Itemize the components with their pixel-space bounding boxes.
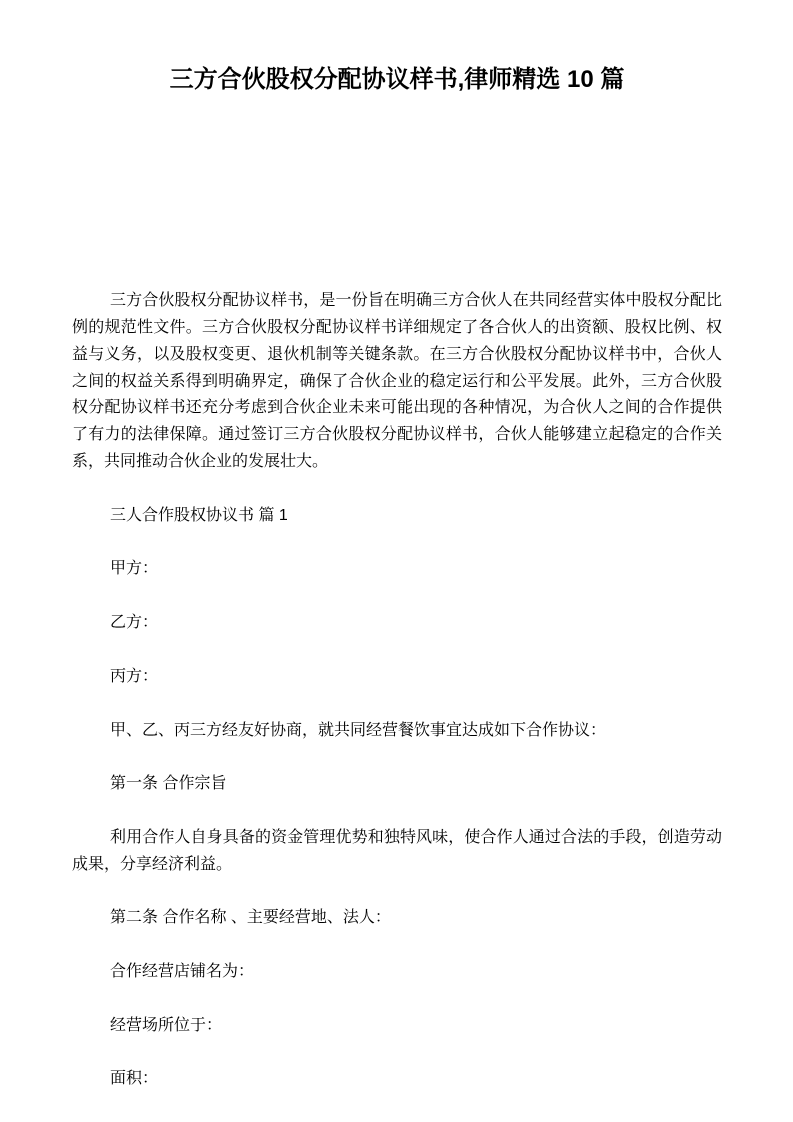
shop-name-line: 合作经营店铺名为： xyxy=(72,959,722,986)
document-title: 三方合伙股权分配协议样书,律师精选 10 篇 xyxy=(72,64,722,96)
party-b-line: 乙方： xyxy=(72,610,722,637)
location-line: 经营场所位于： xyxy=(72,1013,722,1040)
party-c-line: 丙方： xyxy=(72,664,722,691)
article-2-heading: 第二条 合作名称 、主要经营地、法人： xyxy=(72,905,722,932)
article-1-heading: 第一条 合作宗旨 xyxy=(72,771,722,798)
area-line: 面积： xyxy=(72,1066,722,1093)
intro-paragraph: 三方合伙股权分配协议样书，是一份旨在明确三方合伙人在共同经营实体中股权分配比例的… xyxy=(72,288,722,476)
article-1-body: 利用合作人自身具备的资金管理优势和独特风味，使合作人通过合法的手段，创造劳动成果… xyxy=(72,825,722,879)
subtitle-pian-1: 三人合作股权协议书 篇 1 xyxy=(72,503,722,530)
document-page: 三方合伙股权分配协议样书,律师精选 10 篇 三方合伙股权分配协议样书，是一份旨… xyxy=(0,0,793,1122)
preamble-line: 甲、乙、丙三方经友好协商，就共同经营餐饮事宜达成如下合作协议： xyxy=(72,718,722,745)
party-a-line: 甲方： xyxy=(72,556,722,583)
